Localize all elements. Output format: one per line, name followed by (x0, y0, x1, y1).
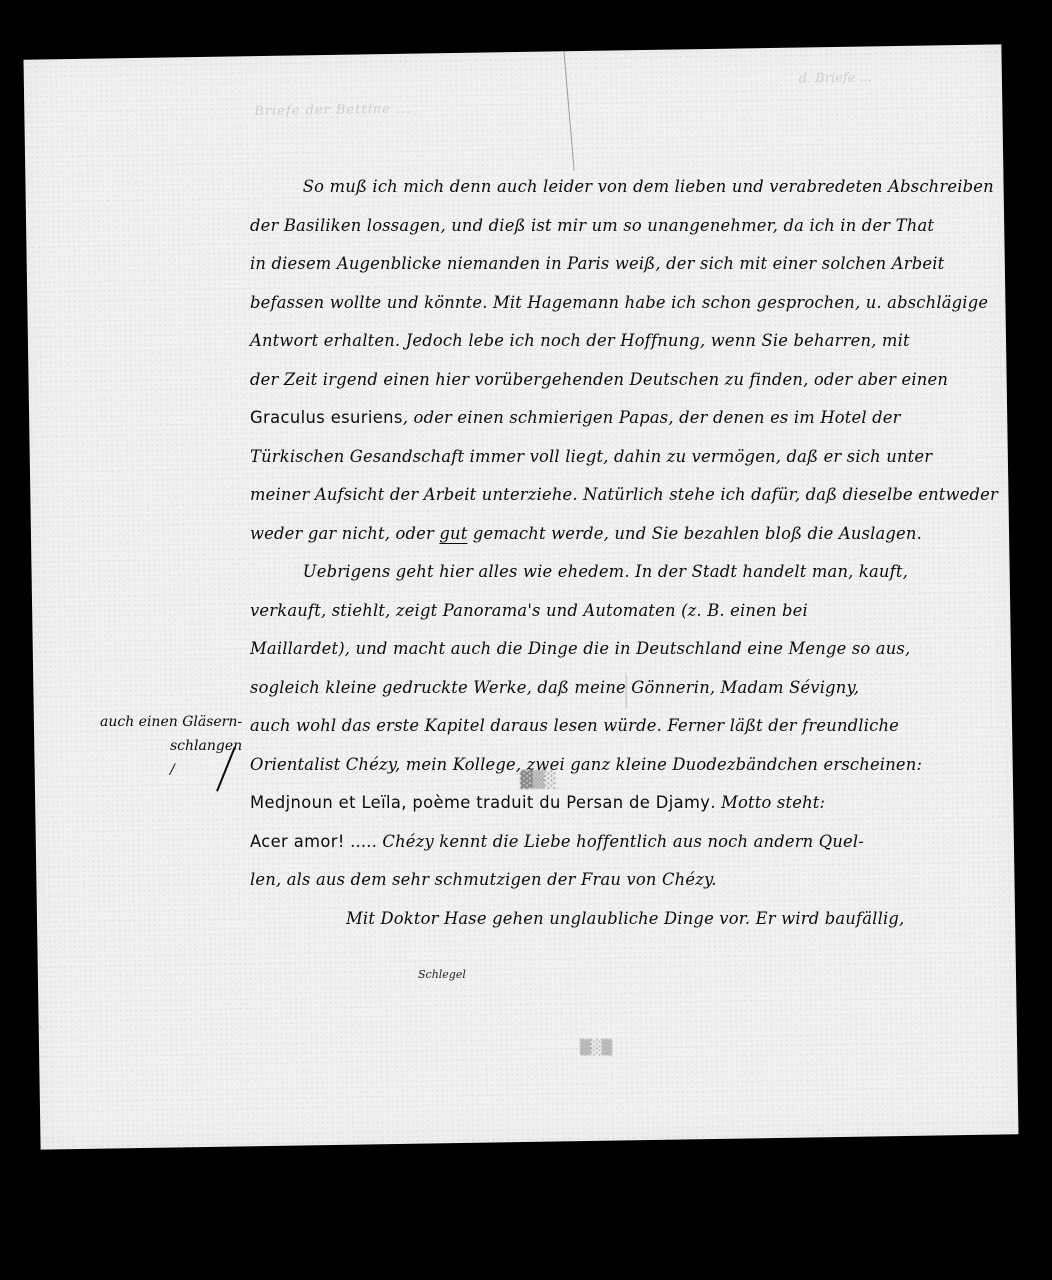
text-line: in diesem Augenblicke niemanden in Paris… (250, 245, 941, 284)
text-line: sogleich kleine gedruckte Werke, daß mei… (250, 669, 941, 708)
text-line: Orientalist Chézy, mein Kollege, zwei ga… (250, 746, 941, 785)
text-line: Maillardet), und macht auch die Dinge di… (250, 630, 941, 669)
text-line: Mit Doktor Hase gehen unglaubliche Dinge… (250, 900, 941, 939)
text-line: Uebrigens geht hier alles wie ehedem. In… (250, 553, 941, 592)
text-line: Medjnoun et Leïla, poème traduit du Pers… (250, 784, 941, 823)
text-line: Türkischen Gesandschaft immer voll liegt… (250, 438, 941, 477)
text-line: Antwort erhalten. Jedoch lebe ich noch d… (250, 322, 941, 361)
text-line: auch wohl das erste Kapitel daraus lesen… (250, 707, 941, 746)
text-line: verkauft, stiehlt, zeigt Panorama's und … (250, 592, 941, 631)
latin-phrase: Acer amor! (250, 832, 345, 852)
text-line: weder gar nicht, oder gut gemacht werde,… (250, 515, 941, 554)
fold-line (563, 51, 574, 171)
text-line: der Basiliken lossagen, und dieß ist mir… (250, 207, 941, 246)
text-line: befassen wollte und könnte. Mit Hagemann… (250, 284, 941, 323)
text-line: der Zeit irgend einen hier vorübergehend… (250, 361, 941, 400)
latin-phrase: Medjnoun et Leïla, poème traduit du Pers… (250, 793, 710, 813)
text-line: So muß ich mich denn auch leider von dem… (250, 168, 941, 207)
margin-note-line-1: auch einen Gläsern- (100, 710, 250, 734)
text-line: Acer amor! ..... Chézy kennt die Liebe h… (250, 823, 941, 862)
ink-bleed-through: · · · (20, 1020, 42, 1036)
text-line: meiner Aufsicht der Arbeit unterziehe. N… (250, 476, 941, 515)
text-line: Graculus esuriens, oder einen schmierige… (250, 399, 941, 438)
ink-bleed-through: ▒░▒ (580, 1040, 612, 1056)
margin-note-line-2: schlangen / (100, 734, 250, 782)
faint-header-right: d. Briefe ... (799, 70, 872, 86)
faint-header-left: Briefe der Bettine ... (254, 102, 411, 119)
margin-note: auch einen Gläsern- schlangen / (100, 710, 250, 782)
underlined-word: gut (439, 524, 467, 544)
text-line: len, als aus dem sehr schmutzigen der Fr… (250, 861, 941, 900)
interlinear-note: Schlegel (418, 968, 466, 981)
latin-phrase: Graculus esuriens (250, 408, 403, 428)
letter-body: So muß ich mich denn auch leider von dem… (250, 168, 970, 938)
